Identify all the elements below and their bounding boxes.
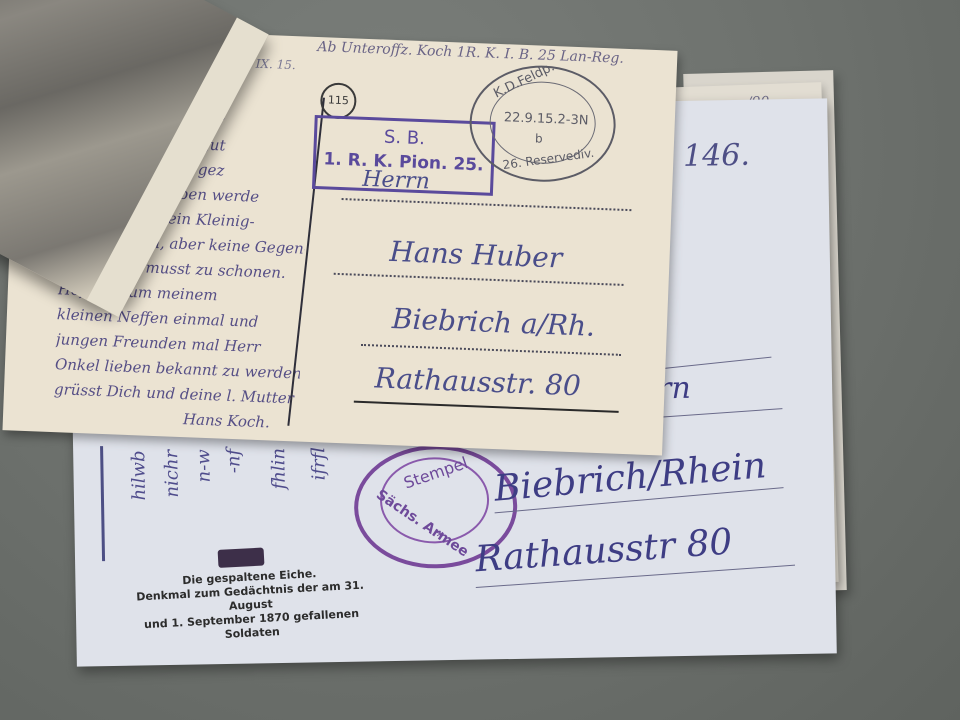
address-street: Rathausstr. 80 [374,361,581,402]
censor-circle-stamp: 115 [320,82,357,119]
vertical-handwriting: -nf [223,449,244,474]
address-salutation: Herrn [362,167,430,195]
star-icon: * [437,529,444,545]
image-caption: Die gespaltene Eiche. Denkmal zum Gedäch… [114,564,387,648]
margin-rule [100,446,105,561]
vertical-handwriting: n-w [193,449,215,482]
vertical-handwriting: hilwb [128,450,150,500]
redaction-bar [218,548,265,568]
vertical-handwriting: nichr [161,450,183,498]
vertical-handwriting: fhlin [268,448,290,490]
address-city: Biebrich a/Rh. [391,302,595,343]
sender-line: Ab Unteroffz. Koch 1R. K. I. B. 25 Lan-R… [317,39,624,67]
address-name: Hans Huber [389,235,563,275]
number-note: 146. [683,138,750,174]
vertical-handwriting: ifrfl [308,447,330,480]
